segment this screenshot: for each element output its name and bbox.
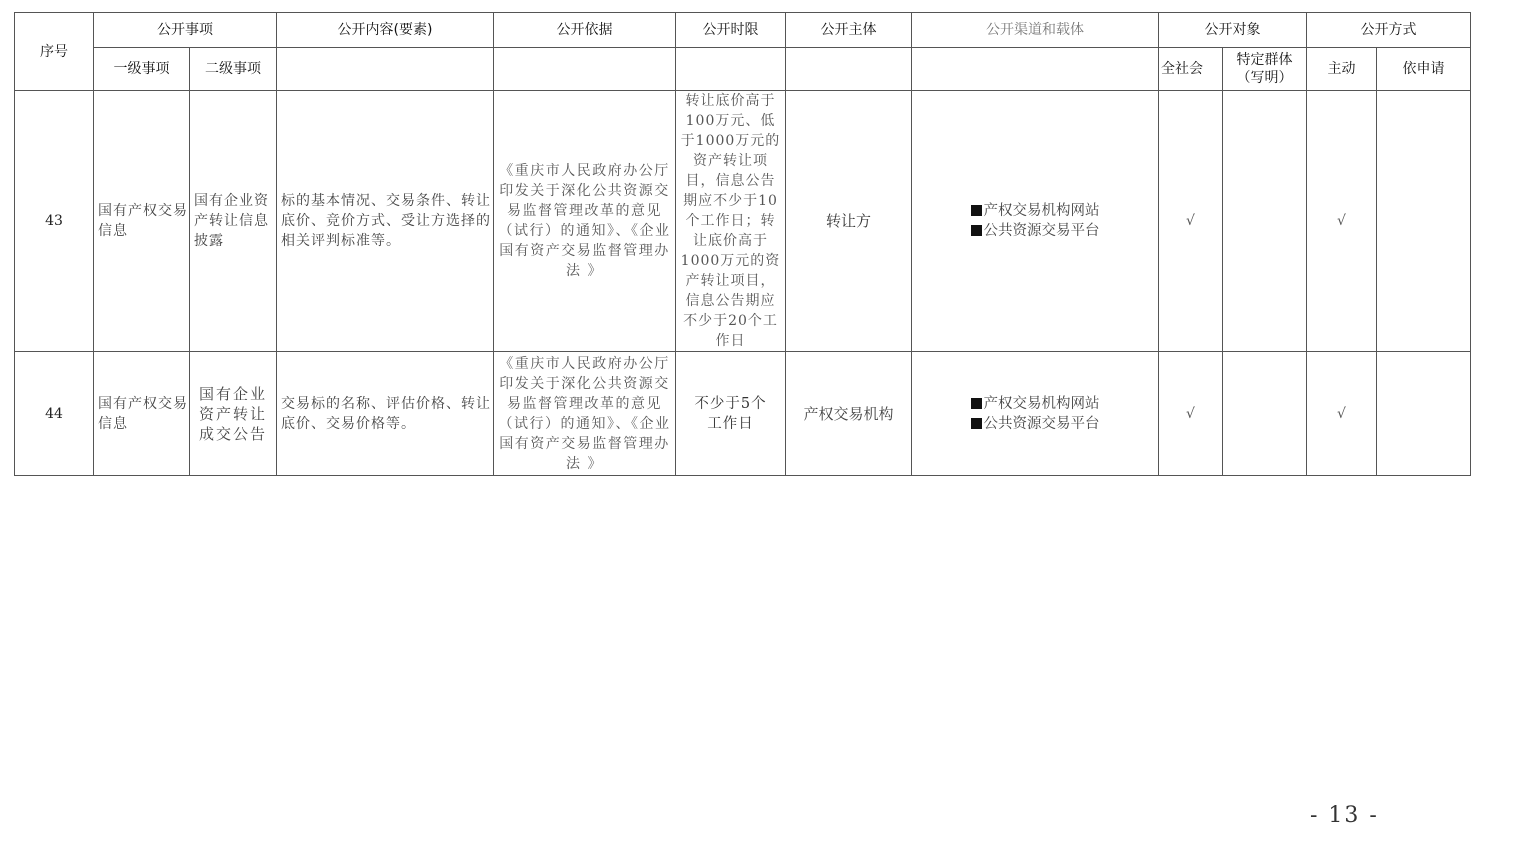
header-content: 公开内容(要素): [277, 13, 494, 48]
square-bullet-icon: [971, 418, 982, 429]
row-audience-specific: [1223, 91, 1307, 352]
channel-item: 公共资源交易平台: [971, 414, 1100, 434]
row-level1: 国有产权交易信息: [94, 352, 190, 476]
row-subject: 转让方: [786, 91, 912, 352]
square-bullet-icon: [971, 205, 982, 216]
row-deadline: 转让底价高于100万元、低于1000万元的资产转让项目，信息公告期应不少于10个…: [676, 91, 786, 352]
row-seq: 43: [15, 91, 94, 352]
header-channel-blank: [912, 48, 1159, 91]
table-row: 43 国有产权交易信息 国有企业资产转让信息披露 标的基本情况、交易条件、转让底…: [15, 91, 1471, 352]
channel-item: 公共资源交易平台: [971, 221, 1100, 241]
row-basis: 《重庆市人民政府办公厅印发关于深化公共资源交易监督管理改革的意见（试行）的通知》…: [494, 91, 676, 352]
row-channels: 产权交易机构网站 公共资源交易平台: [912, 352, 1159, 476]
page-number: - 13 -: [1310, 803, 1379, 828]
header-audience-specific: 特定群体（写明）: [1223, 48, 1307, 91]
square-bullet-icon: [971, 398, 982, 409]
header-deadline: 公开时限: [676, 13, 786, 48]
row-content: 标的基本情况、交易条件、转让底价、竞价方式、受让方选择的相关评判标准等。: [277, 91, 494, 352]
header-deadline-blank: [676, 48, 786, 91]
header-item-group: 公开事项: [94, 13, 277, 48]
row-level2: 国有企业资产转让成交公告: [190, 352, 277, 476]
header-method-request: 依申请: [1377, 48, 1471, 91]
header-seq: 序号: [15, 13, 94, 91]
header-basis: 公开依据: [494, 13, 676, 48]
method-active-check-icon: √: [1307, 91, 1377, 352]
row-method-request: [1377, 91, 1471, 352]
row-content: 交易标的名称、评估价格、转让底价、交易价格等。: [277, 352, 494, 476]
table-row: 44 国有产权交易信息 国有企业资产转让成交公告 交易标的名称、评估价格、转让底…: [15, 352, 1471, 476]
header-row-1: 序号 公开事项 公开内容(要素) 公开依据 公开时限 公开主体 公开渠道和载体 …: [15, 13, 1471, 48]
channel-list: 产权交易机构网站 公共资源交易平台: [971, 201, 1100, 241]
channel-item: 产权交易机构网站: [971, 394, 1100, 414]
audience-all-check-icon: √: [1159, 352, 1223, 476]
disclosure-table: 序号 公开事项 公开内容(要素) 公开依据 公开时限 公开主体 公开渠道和载体 …: [14, 12, 1471, 476]
header-channel: 公开渠道和载体: [912, 13, 1159, 48]
row-level2: 国有企业资产转让信息披露: [190, 91, 277, 352]
row-level1: 国有产权交易信息: [94, 91, 190, 352]
header-content-blank: [277, 48, 494, 91]
header-subject: 公开主体: [786, 13, 912, 48]
row-subject: 产权交易机构: [786, 352, 912, 476]
header-audience-group: 公开对象: [1159, 13, 1307, 48]
row-channels: 产权交易机构网站 公共资源交易平台: [912, 91, 1159, 352]
channel-item: 产权交易机构网站: [971, 201, 1100, 221]
header-level2: 二级事项: [190, 48, 277, 91]
header-row-2: 一级事项 二级事项 全社会 特定群体（写明） 主动 依申请: [15, 48, 1471, 91]
header-method-active: 主动: [1307, 48, 1377, 91]
header-subject-blank: [786, 48, 912, 91]
row-deadline: 不少于5个工作日: [676, 352, 786, 476]
header-level1: 一级事项: [94, 48, 190, 91]
row-method-request: [1377, 352, 1471, 476]
square-bullet-icon: [971, 225, 982, 236]
row-audience-specific: [1223, 352, 1307, 476]
header-audience-all: 全社会: [1159, 48, 1223, 91]
audience-all-check-icon: √: [1159, 91, 1223, 352]
header-method-group: 公开方式: [1307, 13, 1471, 48]
row-basis: 《重庆市人民政府办公厅印发关于深化公共资源交易监督管理改革的意见（试行）的通知》…: [494, 352, 676, 476]
row-seq: 44: [15, 352, 94, 476]
method-active-check-icon: √: [1307, 352, 1377, 476]
header-basis-blank: [494, 48, 676, 91]
channel-list: 产权交易机构网站 公共资源交易平台: [971, 394, 1100, 434]
